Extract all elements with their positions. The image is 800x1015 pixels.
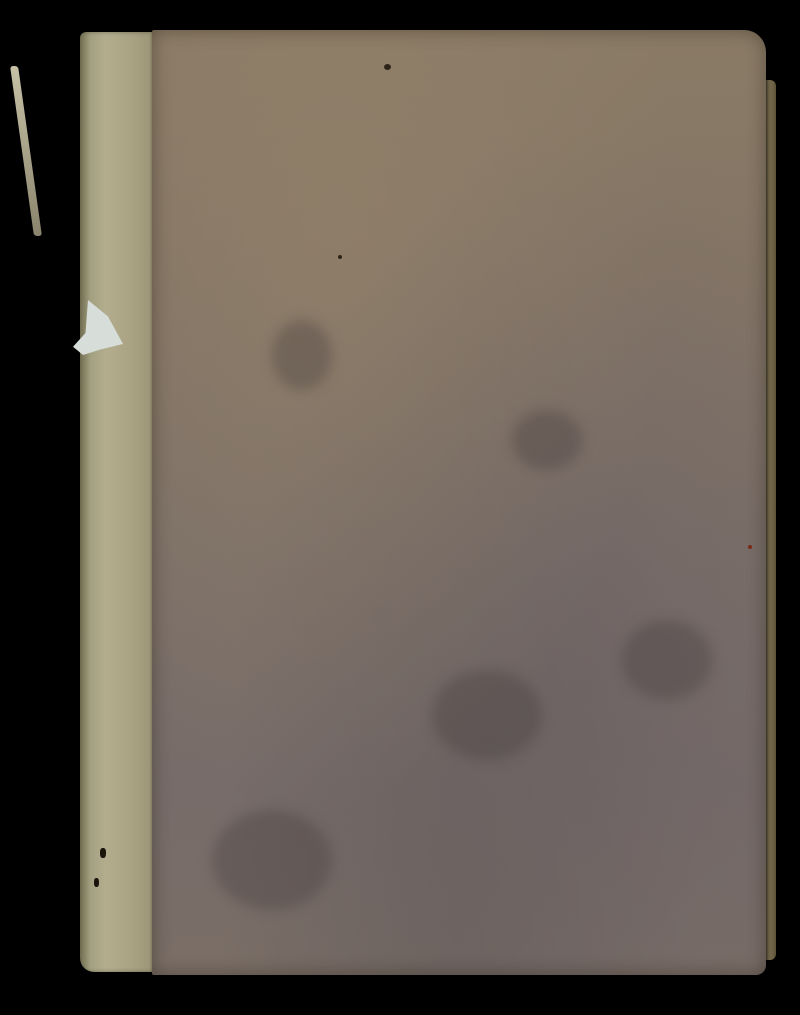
cover-stain	[622, 620, 712, 700]
cover-spot	[384, 64, 391, 70]
cover-spot	[748, 545, 752, 549]
wormhole-damage	[94, 878, 99, 887]
cover-spot	[338, 255, 342, 259]
cover-stain	[272, 320, 332, 390]
book	[80, 30, 775, 982]
front-cover	[152, 30, 766, 975]
cover-stain	[512, 410, 582, 470]
cover-stain	[212, 810, 332, 910]
cover-stain	[432, 670, 542, 760]
torn-spine-strip	[10, 66, 42, 236]
wormhole-damage	[100, 848, 106, 858]
